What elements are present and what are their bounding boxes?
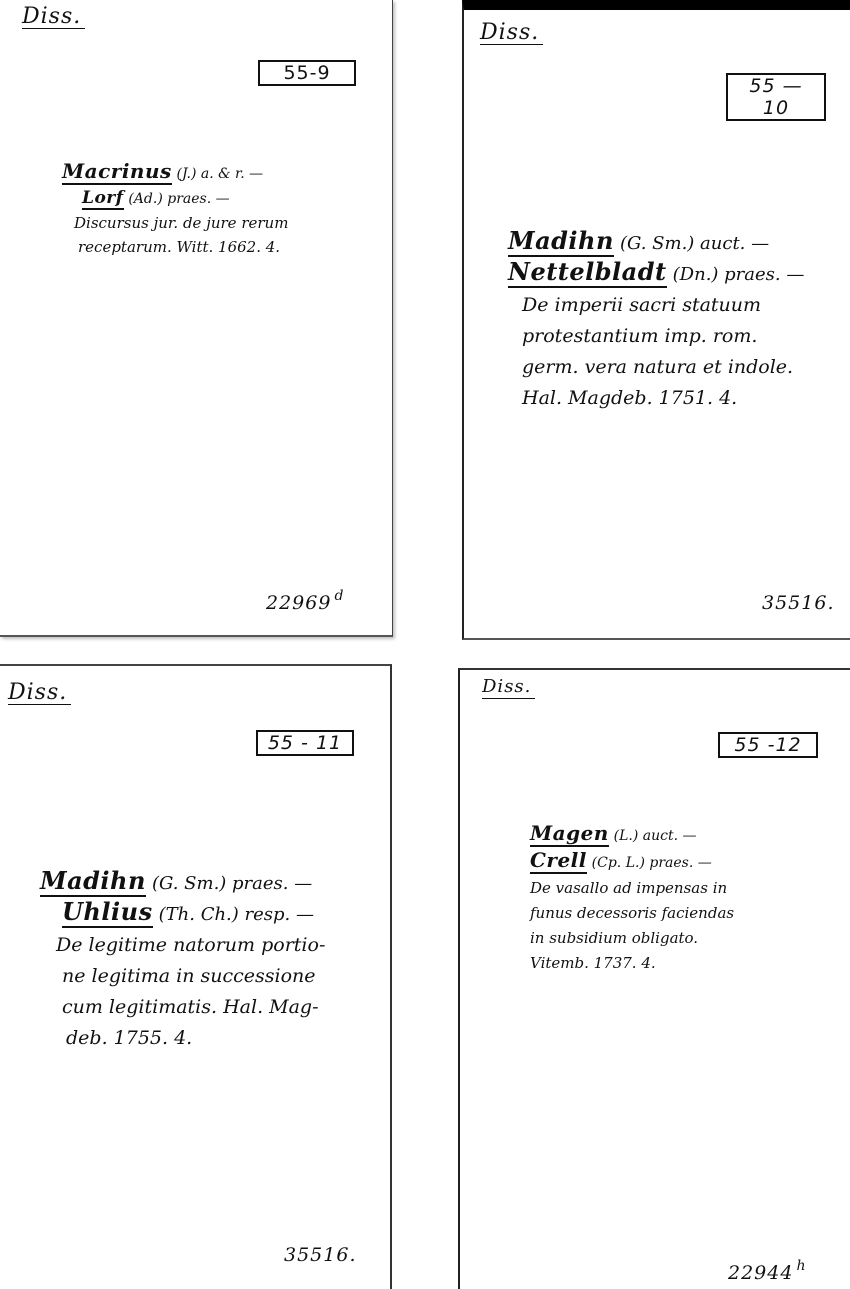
- title-line: protestantium imp. rom.: [508, 321, 804, 352]
- praeses-initials: (Dn.) praes. —: [673, 264, 805, 285]
- catalog-entry: Magen (L.) auct. — Crell (Cp. L.) praes.…: [530, 822, 734, 976]
- catalog-entry: Madihn (G. Sm.) praes. — Uhlius (Th. Ch.…: [40, 868, 325, 1054]
- shelfmark-box: 55 - 11: [256, 730, 354, 756]
- shelfmark-box: 55-9: [258, 60, 356, 86]
- title-line: in subsidium obligato.: [530, 926, 734, 951]
- title-line: Vitemb. 1737. 4.: [530, 951, 734, 976]
- author-name: Madihn: [40, 866, 146, 897]
- author-initials: (G. Sm.) auct. —: [620, 233, 769, 254]
- title-line: deb. 1755. 4.: [40, 1023, 325, 1054]
- dissertation-label: Diss.: [8, 682, 71, 705]
- praeses-initials: (Cp. L.) praes. —: [592, 855, 712, 871]
- accession-number: 22944h: [728, 1262, 806, 1284]
- shelfmark-box: 55 — 10: [726, 73, 826, 121]
- accession-number: 35516.: [284, 1244, 356, 1266]
- catalog-card-55-9: Diss. 55-9 Macrinus (J.) a. & r. — Lorf …: [0, 0, 393, 637]
- title-line: cum legitimatis. Hal. Mag-: [40, 992, 325, 1023]
- accession-suffix: h: [796, 1258, 806, 1274]
- author-name: Madihn: [508, 226, 614, 257]
- dissertation-label: Diss.: [22, 6, 85, 29]
- catalog-entry: Macrinus (J.) a. & r. — Lorf (Ad.) praes…: [62, 160, 288, 259]
- shelfmark-box: 55 -12: [718, 732, 818, 758]
- title-line: receptarum. Witt. 1662. 4.: [62, 235, 288, 259]
- accession-digits: 35516.: [762, 592, 834, 614]
- title-line: germ. vera natura et indole.: [508, 352, 804, 383]
- catalog-card-55-11: Diss. 55 - 11 Madihn (G. Sm.) praes. — U…: [0, 664, 392, 1289]
- title-line: De imperii sacri statuum: [508, 290, 804, 321]
- catalog-card-55-10: Diss. 55 — 10 Madihn (G. Sm.) auct. — Ne…: [462, 0, 850, 640]
- title-line: Discursus jur. de jure rerum: [62, 211, 288, 235]
- title-line: Hal. Magdeb. 1751. 4.: [508, 383, 804, 414]
- accession-number: 35516.: [762, 592, 834, 614]
- praeses-initials: (Th. Ch.) resp. —: [159, 904, 314, 925]
- praeses-initials: (Ad.) praes. —: [128, 191, 229, 207]
- praeses-name: Crell: [530, 848, 587, 874]
- author-initials: (J.) a. & r. —: [177, 166, 264, 182]
- accession-digits: 22969: [266, 592, 331, 614]
- title-line: De vasallo ad impensas in: [530, 876, 734, 901]
- author-name: Macrinus: [62, 159, 172, 185]
- catalog-card-55-12: Diss. 55 -12 Magen (L.) auct. — Crell (C…: [458, 668, 850, 1289]
- praeses-name: Uhlius: [62, 897, 153, 928]
- author-initials: (G. Sm.) praes. —: [152, 873, 312, 894]
- praeses-name: Lorf: [82, 188, 124, 210]
- title-line: ne legitima in successione: [40, 961, 325, 992]
- accession-digits: 22944: [728, 1262, 793, 1284]
- dissertation-label: Diss.: [480, 22, 543, 45]
- title-line: De legitime natorum portio-: [40, 930, 325, 961]
- accession-digits: 35516.: [284, 1244, 356, 1266]
- author-initials: (L.) auct. —: [614, 828, 697, 844]
- accession-suffix: d: [334, 588, 344, 604]
- title-line: funus decessoris faciendas: [530, 901, 734, 926]
- dissertation-label: Diss.: [482, 676, 535, 699]
- author-name: Magen: [530, 821, 609, 847]
- accession-number: 22969d: [266, 592, 344, 614]
- praeses-name: Nettelbladt: [508, 257, 667, 288]
- catalog-entry: Madihn (G. Sm.) auct. — Nettelbladt (Dn.…: [508, 228, 804, 414]
